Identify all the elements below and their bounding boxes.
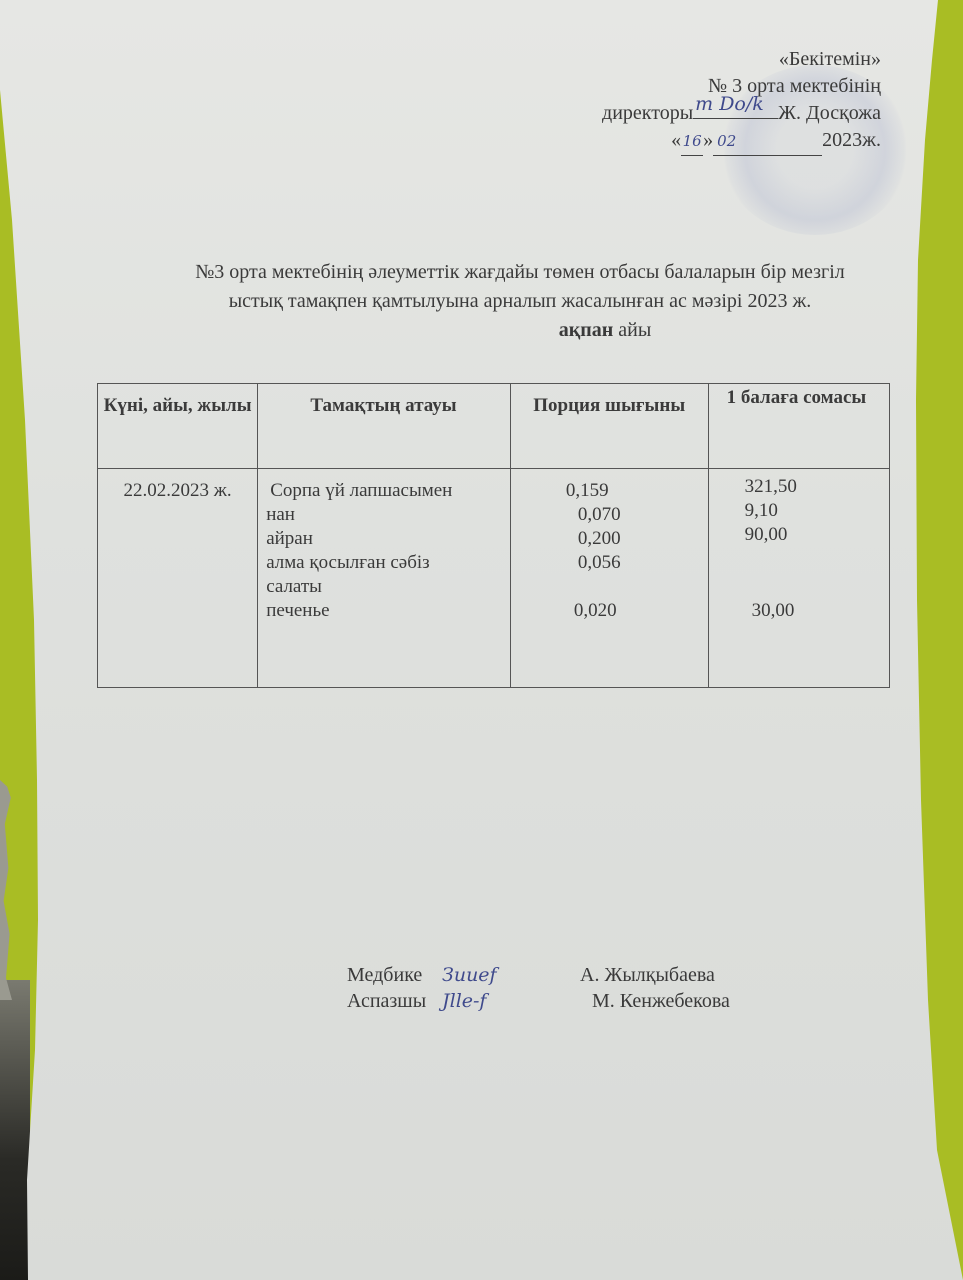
amount-value: 90,00 [710,523,888,547]
portion-value: 0,070 [512,503,707,527]
approval-date-line: «16»022023ж. [602,127,881,156]
document-title: №3 орта мектебінің әлеуметтік жағдайы тө… [140,258,900,345]
approval-heading: «Бекітемін» [602,46,881,73]
portion-value: 0,020 [512,599,707,623]
signer-name: А. Жылқыбаева [580,962,715,988]
signer-role: Аспазшы [347,988,426,1014]
header-date: Күні, айы, жылы [98,384,258,469]
portion-value: 0,200 [512,527,707,551]
portion-value [512,575,707,599]
row-date: 22.02.2023 ж. [98,469,258,688]
amount-value: 30,00 [710,599,888,623]
director-label: директоры [602,102,693,124]
portion-value: 0,056 [512,551,707,575]
row-amounts: 321,50 9,10 90,00 30,00 [708,469,889,688]
title-line-1: №3 орта мектебінің әлеуметтік жағдайы тө… [140,258,900,287]
list-item: салаты [266,575,509,599]
date-day-field: 16 [681,127,703,156]
list-item: нан [266,503,509,527]
amount-value [710,571,888,595]
document-page: «Бекітемін» № 3 орта мектебінің директор… [0,0,963,1280]
amount-value [710,547,888,571]
list-item: печенье [266,599,509,623]
list-item: айран [266,527,509,551]
header-amount: 1 балаға сомасы [708,384,889,469]
signer-name: М. Кенжебекова [592,988,730,1014]
list-item: алма қосылған сәбіз [266,551,509,575]
director-signature-line: m Do/k [693,118,778,119]
row-items: Сорпа үй лапшасымен нан айран алма қосыл… [258,469,511,688]
menu-table: Күні, айы, жылы Тамақтың атауы Порция шы… [97,383,890,688]
title-month-suffix: айы [613,319,651,341]
signer-signature: Зuuеf [442,962,497,988]
title-month: ақпан [559,319,614,341]
date-year: 2023ж. [822,129,881,151]
title-line-2: ыстық тамақпен қамтылуына арналып жасалы… [140,287,900,316]
table-row: 22.02.2023 ж. Сорпа үй лапшасымен нан ай… [98,469,890,688]
director-name: Ж. Досқожа [778,102,881,124]
approval-director-line: директорыm Do/kЖ. Досқожа [602,100,881,127]
date-day: 16 [683,132,702,150]
amount-value: 9,10 [710,499,888,523]
director-signature: m Do/k [695,91,764,118]
amount-value: 321,50 [710,475,888,499]
date-month-field: 02 [713,127,822,156]
header-dish-name: Тамақтың атауы [258,384,511,469]
portion-value: 0,159 [512,479,707,503]
date-month: 02 [717,132,736,150]
approval-block: «Бекітемін» № 3 орта мектебінің директор… [602,46,881,156]
date-quote-open: « [671,129,681,151]
header-portion: Порция шығыны [510,384,708,469]
row-portions: 0,159 0,070 0,200 0,056 0,020 [510,469,708,688]
background-torn-edge [0,780,12,1000]
signer-role: Медбике [347,962,422,988]
date-quote-close: » [703,129,713,151]
signer-signature: Jlle-f [442,988,486,1014]
title-line-3: ақпан айы [140,316,900,345]
list-item: Сорпа үй лапшасымен [266,479,509,503]
background-surface [0,980,30,1280]
table-header-row: Күні, айы, жылы Тамақтың атауы Порция шы… [98,384,890,469]
